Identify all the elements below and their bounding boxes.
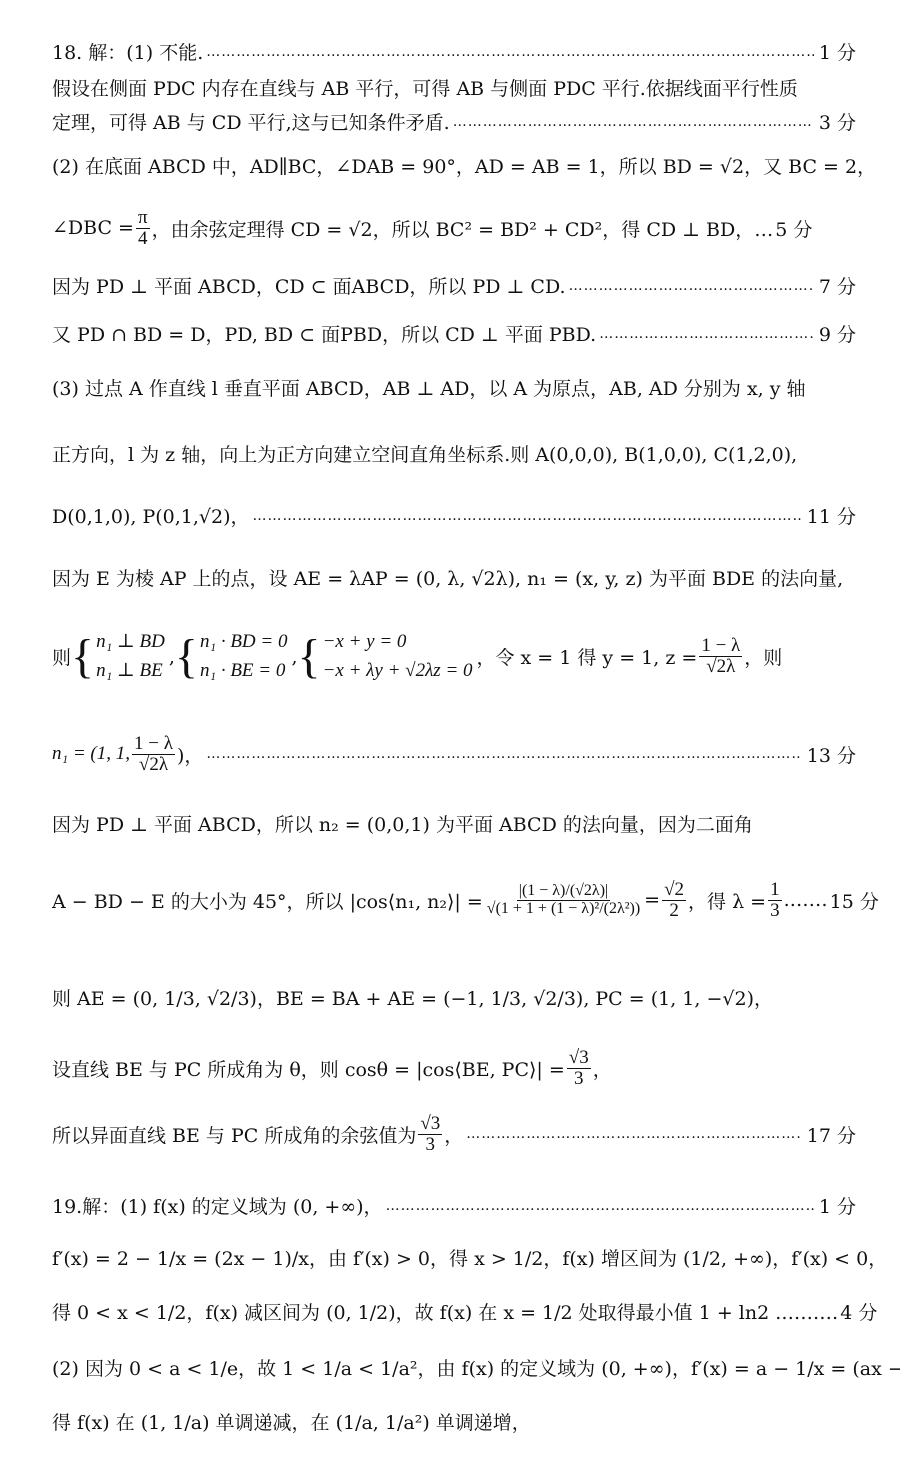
q18-p3-text: ，令 x = 1 得 y = 1, z = bbox=[477, 643, 698, 670]
fraction: 1 − λ √2λ bbox=[132, 734, 175, 775]
frac-num: 1 − λ bbox=[132, 734, 175, 755]
frac-den: 3 bbox=[572, 1069, 586, 1089]
sys-row: n₁ · BE = 0 bbox=[200, 657, 288, 686]
q18-p3-text: )， bbox=[177, 741, 203, 768]
sys-row: n₁ ⊥ BD bbox=[96, 628, 165, 657]
left-brace: { bbox=[298, 633, 321, 681]
q18-p2-text: ∠DBC = bbox=[52, 217, 134, 239]
q18-p3-text: (3) 过点 A 作直线 l 垂直平面 ABCD，AB ⊥ AD，以 A 为原点… bbox=[52, 374, 806, 401]
q18-p3-text: 因为 PD ⊥ 平面 ABCD，所以 n₂ = (0,0,1) 为平面 ABCD… bbox=[52, 810, 753, 837]
leader-dots: …………………………………………………………………………………………………………… bbox=[453, 114, 814, 130]
q18-p3-text: 设直线 BE 与 PC 所成角为 θ，则 cosθ = |cos⟨BE, PC⟩… bbox=[52, 1055, 565, 1082]
frac-num: 1 bbox=[768, 880, 782, 901]
score-label: 4 分 bbox=[840, 1298, 877, 1325]
q18-p3-line11: 所以异面直线 BE 与 PC 所成角的余弦值为 √3 3 ， ………………………… bbox=[52, 1114, 856, 1155]
score-label: 13 分 bbox=[807, 741, 856, 768]
frac-den: 2 bbox=[667, 901, 681, 921]
leader-dots: …………………………………………………………………………………………………………… bbox=[569, 278, 814, 294]
q19-line1: 19.解：(1) f(x) 的定义域为 (0, +∞)， ……………………………… bbox=[52, 1192, 856, 1219]
q18-p2-line1: (2) 在底面 ABCD 中，AD∥BC，∠DAB = 90°，AD = AB … bbox=[52, 152, 856, 179]
equation-system: n₁ ⊥ BD n₁ ⊥ BE bbox=[96, 628, 165, 685]
q19-line4: (2) 因为 0 < a < 1/e，故 1 < 1/a < 1/a²，由 f(… bbox=[52, 1354, 856, 1381]
score-label: 1 分 bbox=[819, 38, 856, 65]
q19-text: 得 0 < x < 1/2，f(x) 减区间为 (0, 1/2)，故 f(x) … bbox=[52, 1298, 838, 1325]
q18-head-line: 18. 解：(1) 不能. ……………………………………………………………………… bbox=[52, 38, 856, 65]
q18-p1-line2: 假设在侧面 PDC 内存在直线与 AB 平行，可得 AB 与侧面 PDC 平行.… bbox=[52, 74, 798, 101]
equation-system: −x + y = 0 −x + λy + √2λz = 0 bbox=[323, 628, 473, 685]
q18-p3-text: 正方向，l 为 z 轴，向上为正方向建立空间直角坐标系.则 A(0,0,0), … bbox=[52, 440, 797, 467]
sys-row: −x + λy + √2λz = 0 bbox=[323, 657, 473, 686]
left-brace: { bbox=[175, 633, 198, 681]
q18-p3-text: ，得 λ = bbox=[688, 887, 766, 914]
q19-line5: 得 f(x) 在 (1, 1/a) 单调递减，在 (1/a, 1/a²) 单调递… bbox=[52, 1408, 856, 1435]
q18-p2-text: (2) 在底面 ABCD 中，AD∥BC，∠DAB = 90°，AD = AB … bbox=[52, 152, 876, 179]
q18-p3-text: 则 AE = (0, 1/3, √2/3)，BE = BA + AE = (−1… bbox=[52, 984, 773, 1011]
frac-num: π bbox=[136, 208, 150, 229]
score-label: 1 分 bbox=[819, 1192, 856, 1219]
q18-p3-line9: 则 AE = (0, 1/3, √2/3)，BE = BA + AE = (−1… bbox=[52, 984, 856, 1011]
q18-p3-text: 则 bbox=[52, 643, 71, 670]
q18-p1-line3: 定理，可得 AB 与 CD 平行,这与已知条件矛盾. bbox=[52, 108, 450, 135]
score-label: 3 分 bbox=[819, 108, 856, 135]
q18-p3-line6: n₁ = (1, 1, 1 − λ √2λ )， ………………………………………… bbox=[52, 734, 856, 775]
score-label: 5 分 bbox=[775, 215, 812, 242]
q18-p3-text: .…… bbox=[784, 889, 828, 911]
q18-p2-text: 又 PD ∩ BD = D，PD, BD ⊂ 面PBD，所以 CD ⊥ 平面 P… bbox=[52, 320, 596, 347]
q18-p3-text: 所以异面直线 BE 与 PC 所成角的余弦值为 bbox=[52, 1121, 416, 1148]
leader-dots: …………………………………………………………………………………………………………… bbox=[253, 508, 802, 524]
q18-p3-line2: 正方向，l 为 z 轴，向上为正方向建立空间直角坐标系.则 A(0,0,0), … bbox=[52, 440, 856, 467]
q18-p2-text: 因为 PD ⊥ 平面 ABCD，CD ⊂ 面ABCD，所以 PD ⊥ CD. bbox=[52, 272, 566, 299]
q18-text-line: 定理，可得 AB 与 CD 平行,这与已知条件矛盾. …………………………………… bbox=[52, 108, 856, 135]
q19-text: 19.解：(1) f(x) 的定义域为 (0, +∞)， bbox=[52, 1192, 383, 1219]
fraction: √3 3 bbox=[418, 1114, 442, 1155]
q18-p2-line2: ∠DBC = π 4 ，由余弦定理得 CD = √2，所以 BC² = BD² … bbox=[52, 208, 856, 249]
q19-line3: 得 0 < x < 1/2，f(x) 减区间为 (0, 1/2)，故 f(x) … bbox=[52, 1298, 856, 1325]
frac-num: √2 bbox=[662, 880, 686, 901]
leader-dots: …………………………………………………………………………………………………………… bbox=[386, 1198, 814, 1214]
q18-head: 18. 解：(1) 不能. bbox=[52, 38, 203, 65]
sys-row: n₁ · BD = 0 bbox=[200, 628, 288, 657]
q19-text: 得 f(x) 在 (1, 1/a) 单调递减，在 (1/a, 1/a²) 单调递… bbox=[52, 1408, 531, 1435]
frac-den: 4 bbox=[136, 229, 150, 249]
leader-dots: …………………………………………………………………………………………………………… bbox=[206, 746, 801, 762]
q18-p3-line8: A − BD − E 的大小为 45°，所以 |cos⟨n₁, n₂⟩| = |… bbox=[52, 880, 856, 921]
q18-p3-line10: 设直线 BE 与 PC 所成角为 θ，则 cosθ = |cos⟨BE, PC⟩… bbox=[52, 1048, 856, 1089]
q18-p2-text: ，由余弦定理得 CD = √2，所以 BC² = BD² + CD²，得 CD … bbox=[152, 215, 774, 242]
left-brace: { bbox=[71, 633, 94, 681]
q18-p3-text: D(0,1,0), P(0,1,√2)， bbox=[52, 502, 250, 529]
q18-p3-text: ， bbox=[593, 1055, 612, 1082]
fraction: √2 2 bbox=[662, 880, 686, 921]
leader-dots: …………………………………………………………………………………………………………… bbox=[206, 44, 814, 60]
leader-dots: …………………………………………………………………………………………………………… bbox=[599, 326, 814, 342]
q18-p3-text: ，则 bbox=[744, 643, 782, 670]
frac-num: √3 bbox=[418, 1114, 442, 1135]
fraction: √3 3 bbox=[567, 1048, 591, 1089]
q18-p3-line4: 因为 E 为棱 AP 上的点，设 AE = λAP = (0, λ, √2λ),… bbox=[52, 564, 856, 591]
q18-p3-text: A − BD − E 的大小为 45°，所以 |cos⟨n₁, n₂⟩| = bbox=[52, 887, 483, 914]
q18-p3-line7: 因为 PD ⊥ 平面 ABCD，所以 n₂ = (0,0,1) 为平面 ABCD… bbox=[52, 810, 856, 837]
score-label: 17 分 bbox=[807, 1121, 856, 1148]
equals: = bbox=[644, 889, 660, 911]
frac-num: √3 bbox=[567, 1048, 591, 1069]
frac-den: 3 bbox=[768, 901, 782, 921]
frac-den: 3 bbox=[424, 1135, 438, 1155]
fraction: π 4 bbox=[136, 208, 150, 249]
q18-p3-text: n₁ = (1, 1, bbox=[52, 743, 130, 765]
fraction: |(1 − λ)/(√2λ)| √(1 + 1 + (1 − λ)²/(2λ²)… bbox=[485, 883, 642, 918]
score-label: 7 分 bbox=[819, 272, 856, 299]
q18-p3-line3: D(0,1,0), P(0,1,√2)， …………………………………………………… bbox=[52, 502, 856, 529]
fraction: 1 3 bbox=[768, 880, 782, 921]
q18-p3-text: ， bbox=[444, 1121, 463, 1148]
q19-text: (2) 因为 0 < a < 1/e，故 1 < 1/a < 1/a²，由 f(… bbox=[52, 1354, 900, 1381]
leader-dots: …………………………………………………………………………………………………………… bbox=[466, 1126, 802, 1142]
score-label: 15 分 bbox=[830, 887, 879, 914]
frac-den: √(1 + 1 + (1 − λ)²/(2λ²)) bbox=[485, 901, 642, 918]
score-label: 11 分 bbox=[807, 502, 856, 529]
equation-system: n₁ · BD = 0 n₁ · BE = 0 bbox=[200, 628, 288, 685]
q19-line2: f′(x) = 2 − 1/x = (2x − 1)/x，由 f′(x) > 0… bbox=[52, 1244, 856, 1271]
q18-p3-line1: (3) 过点 A 作直线 l 垂直平面 ABCD，AB ⊥ AD，以 A 为原点… bbox=[52, 374, 856, 401]
q18-p3-text: 因为 E 为棱 AP 上的点，设 AE = λAP = (0, λ, √2λ),… bbox=[52, 564, 843, 591]
sys-row: n₁ ⊥ BE bbox=[96, 657, 165, 686]
frac-den: √2λ bbox=[704, 657, 737, 677]
score-label: 9 分 bbox=[819, 320, 856, 347]
q19-text: f′(x) = 2 − 1/x = (2x − 1)/x，由 f′(x) > 0… bbox=[52, 1244, 887, 1271]
sys-row: −x + y = 0 bbox=[323, 628, 473, 657]
frac-num: 1 − λ bbox=[699, 636, 742, 657]
q18-p2-line4: 又 PD ∩ BD = D，PD, BD ⊂ 面PBD，所以 CD ⊥ 平面 P… bbox=[52, 320, 856, 347]
frac-num: |(1 − λ)/(√2λ)| bbox=[517, 883, 610, 901]
q18-p2-line3: 因为 PD ⊥ 平面 ABCD，CD ⊂ 面ABCD，所以 PD ⊥ CD. …… bbox=[52, 272, 856, 299]
q18-text-line: 假设在侧面 PDC 内存在直线与 AB 平行，可得 AB 与侧面 PDC 平行.… bbox=[52, 74, 856, 101]
fraction: 1 − λ √2λ bbox=[699, 636, 742, 677]
q18-p3-line5: 则 { n₁ ⊥ BD n₁ ⊥ BE , { n₁ · BD = 0 n₁ ·… bbox=[52, 628, 856, 685]
frac-den: √2λ bbox=[137, 755, 170, 775]
